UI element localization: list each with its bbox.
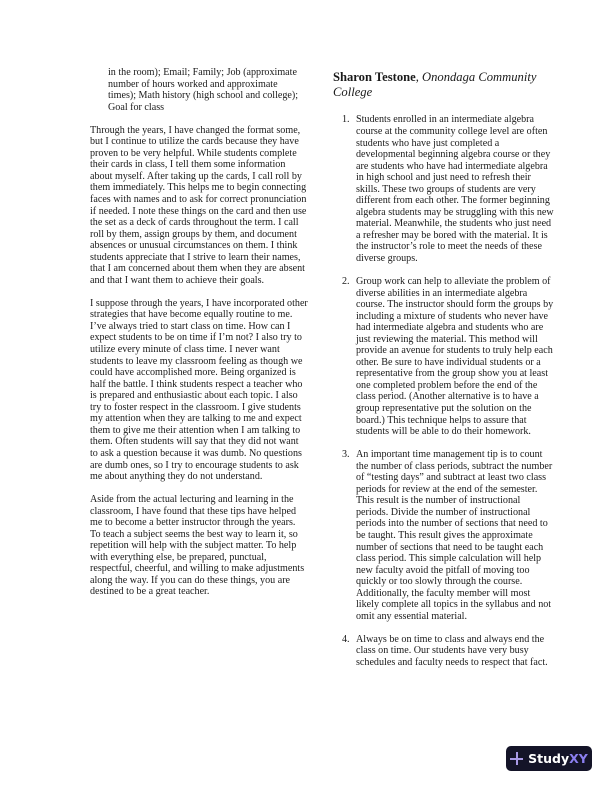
paragraph: Through the years, I have changed the fo… bbox=[90, 125, 308, 287]
item-number: 1. bbox=[342, 114, 350, 126]
author-name: Sharon Testone bbox=[333, 70, 416, 84]
item-text: Always be on time to class and always en… bbox=[356, 634, 548, 668]
paragraph: Aside from the actual lecturing and lear… bbox=[90, 494, 308, 598]
item-text: Group work can help to alleviate the pro… bbox=[356, 276, 553, 437]
item-number: 4. bbox=[342, 634, 350, 646]
item-text: Students enrolled in an intermediate alg… bbox=[356, 114, 554, 264]
left-column: in the room); Email; Family; Job (approx… bbox=[90, 67, 308, 610]
brand-main: Study bbox=[528, 751, 569, 766]
paragraph: I suppose through the years, I have inco… bbox=[90, 298, 308, 483]
item-number: 2. bbox=[342, 276, 350, 288]
brand-accent: XY bbox=[569, 751, 588, 766]
list-item: 4.Always be on time to class and always … bbox=[333, 634, 555, 669]
list-item: 2.Group work can help to alleviate the p… bbox=[333, 276, 555, 438]
list-continuation: in the room); Email; Family; Job (approx… bbox=[90, 67, 308, 113]
plus-icon bbox=[510, 752, 523, 765]
author-heading: Sharon Testone, Onondaga Community Colle… bbox=[333, 70, 555, 100]
studyxy-badge[interactable]: StudyXY bbox=[506, 746, 592, 771]
list-item: 3.An important time management tip is to… bbox=[333, 449, 555, 622]
right-column: Sharon Testone, Onondaga Community Colle… bbox=[333, 70, 555, 680]
item-number: 3. bbox=[342, 449, 350, 461]
list-item: 1.Students enrolled in an intermediate a… bbox=[333, 114, 555, 264]
tips-list: 1.Students enrolled in an intermediate a… bbox=[333, 114, 555, 668]
item-text: An important time management tip is to c… bbox=[356, 449, 552, 622]
